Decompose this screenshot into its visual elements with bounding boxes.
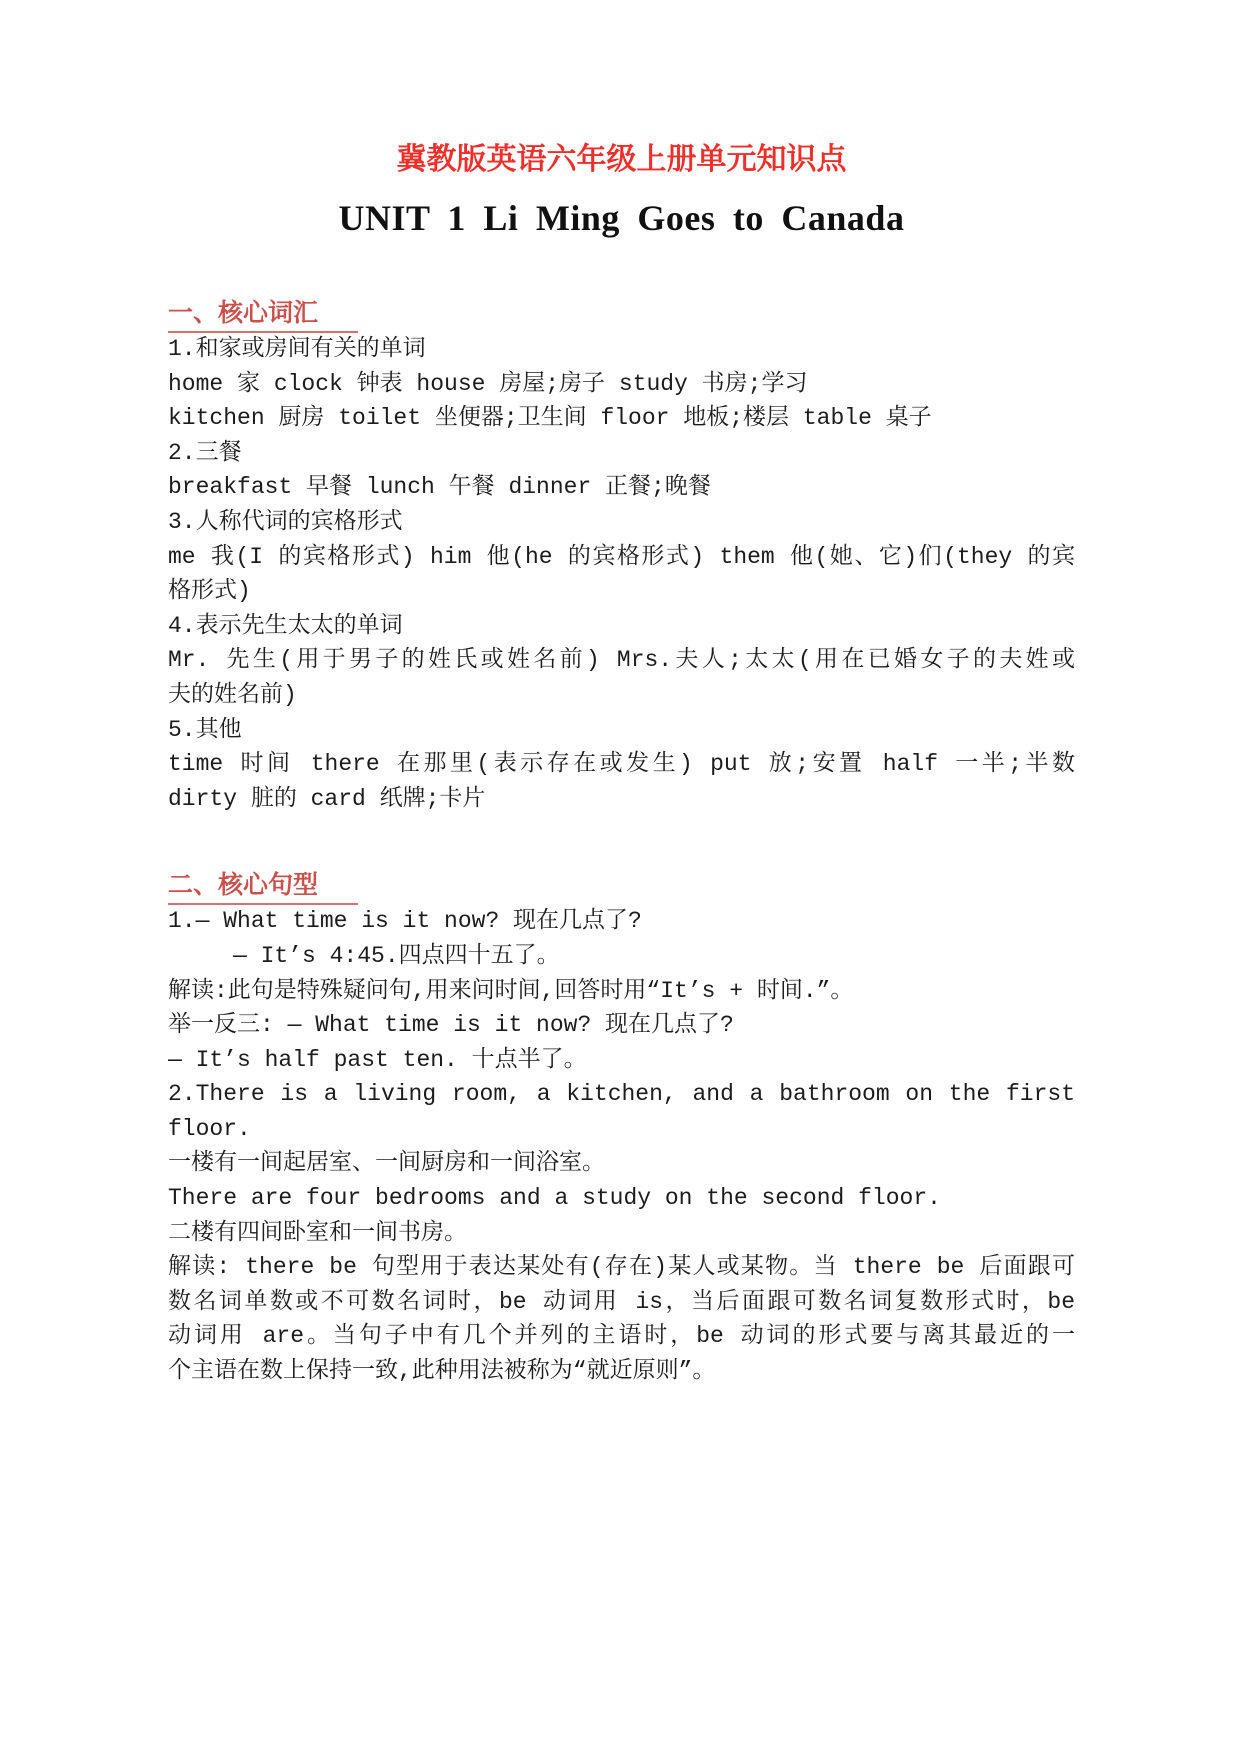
text-line: — It’s 4:45.四点四十五了。 <box>168 939 1075 974</box>
text-line: floor. <box>168 1112 1075 1147</box>
text-line: 2.三餐 <box>168 436 1075 471</box>
text-line: 个主语在数上保持一致,此种用法被称为“就近原则”。 <box>168 1354 1075 1389</box>
text-line: 2.There is a living room, a kitchen, and… <box>168 1077 1075 1112</box>
section-heading-text: 一、核心词汇 <box>168 296 358 333</box>
text-line: 动词用 are。当句子中有几个并列的主语时，be 动词的形式要与离其最近的一 <box>168 1319 1075 1354</box>
section-core-sentences: 二、核心句型 1.— What time is it now? 现在几点了? —… <box>168 868 1075 1388</box>
text-line: 4.表示先生太太的单词 <box>168 609 1075 644</box>
unit-title: UNIT 1 Li Ming Goes to Canada <box>168 194 1075 242</box>
section-heading-core-sentences: 二、核心句型 <box>168 868 1075 904</box>
text-line: 1.和家或房间有关的单词 <box>168 332 1075 367</box>
text-line: 解读:此句是特殊疑问句,用来问时间,回答时用“It’s + 时间.”。 <box>168 974 1075 1009</box>
text-line: 解读: there be 句型用于表达某处有(存在)某人或某物。当 there … <box>168 1250 1075 1285</box>
text-line: time 时间 there 在那里(表示存在或发生) put 放;安置 half… <box>168 747 1075 782</box>
text-line: Mr. 先生(用于男子的姓氏或姓名前) Mrs.夫人;太太(用在已婚女子的夫姓或 <box>168 643 1075 678</box>
text-line: 5.其他 <box>168 713 1075 748</box>
text-line: — It’s half past ten. 十点半了。 <box>168 1043 1075 1078</box>
text-line: 1.— What time is it now? 现在几点了? <box>168 904 1075 939</box>
document-page: 冀教版英语六年级上册单元知识点 UNIT 1 Li Ming Goes to C… <box>0 0 1241 1754</box>
text-line: 一楼有一间起居室、一间厨房和一间浴室。 <box>168 1146 1075 1181</box>
text-line: 数名词单数或不可数名词时，be 动词用 is，当后面跟可数名词复数形式时，be <box>168 1285 1075 1320</box>
section-core-vocabulary: 一、核心词汇 1.和家或房间有关的单词 home 家 clock 钟表 hous… <box>168 296 1075 816</box>
text-line: kitchen 厨房 toilet 坐便器;卫生间 floor 地板;楼层 ta… <box>168 401 1075 436</box>
text-line: There are four bedrooms and a study on t… <box>168 1181 1075 1216</box>
text-line: 举一反三: — What time is it now? 现在几点了? <box>168 1008 1075 1043</box>
text-line: 3.人称代词的宾格形式 <box>168 505 1075 540</box>
text-line: breakfast 早餐 lunch 午餐 dinner 正餐;晚餐 <box>168 470 1075 505</box>
text-line: 夫的姓名前) <box>168 678 1075 713</box>
text-line: home 家 clock 钟表 house 房屋;房子 study 书房;学习 <box>168 367 1075 402</box>
text-line: dirty 脏的 card 纸牌;卡片 <box>168 782 1075 817</box>
text-line: me 我(I 的宾格形式) him 他(he 的宾格形式) them 他(她、它… <box>168 540 1075 575</box>
section-heading-text: 二、核心句型 <box>168 868 358 905</box>
document-title: 冀教版英语六年级上册单元知识点 <box>168 140 1075 180</box>
text-line: 格形式) <box>168 574 1075 609</box>
section-heading-core-vocabulary: 一、核心词汇 <box>168 296 1075 332</box>
text-line: 二楼有四间卧室和一间书房。 <box>168 1216 1075 1251</box>
